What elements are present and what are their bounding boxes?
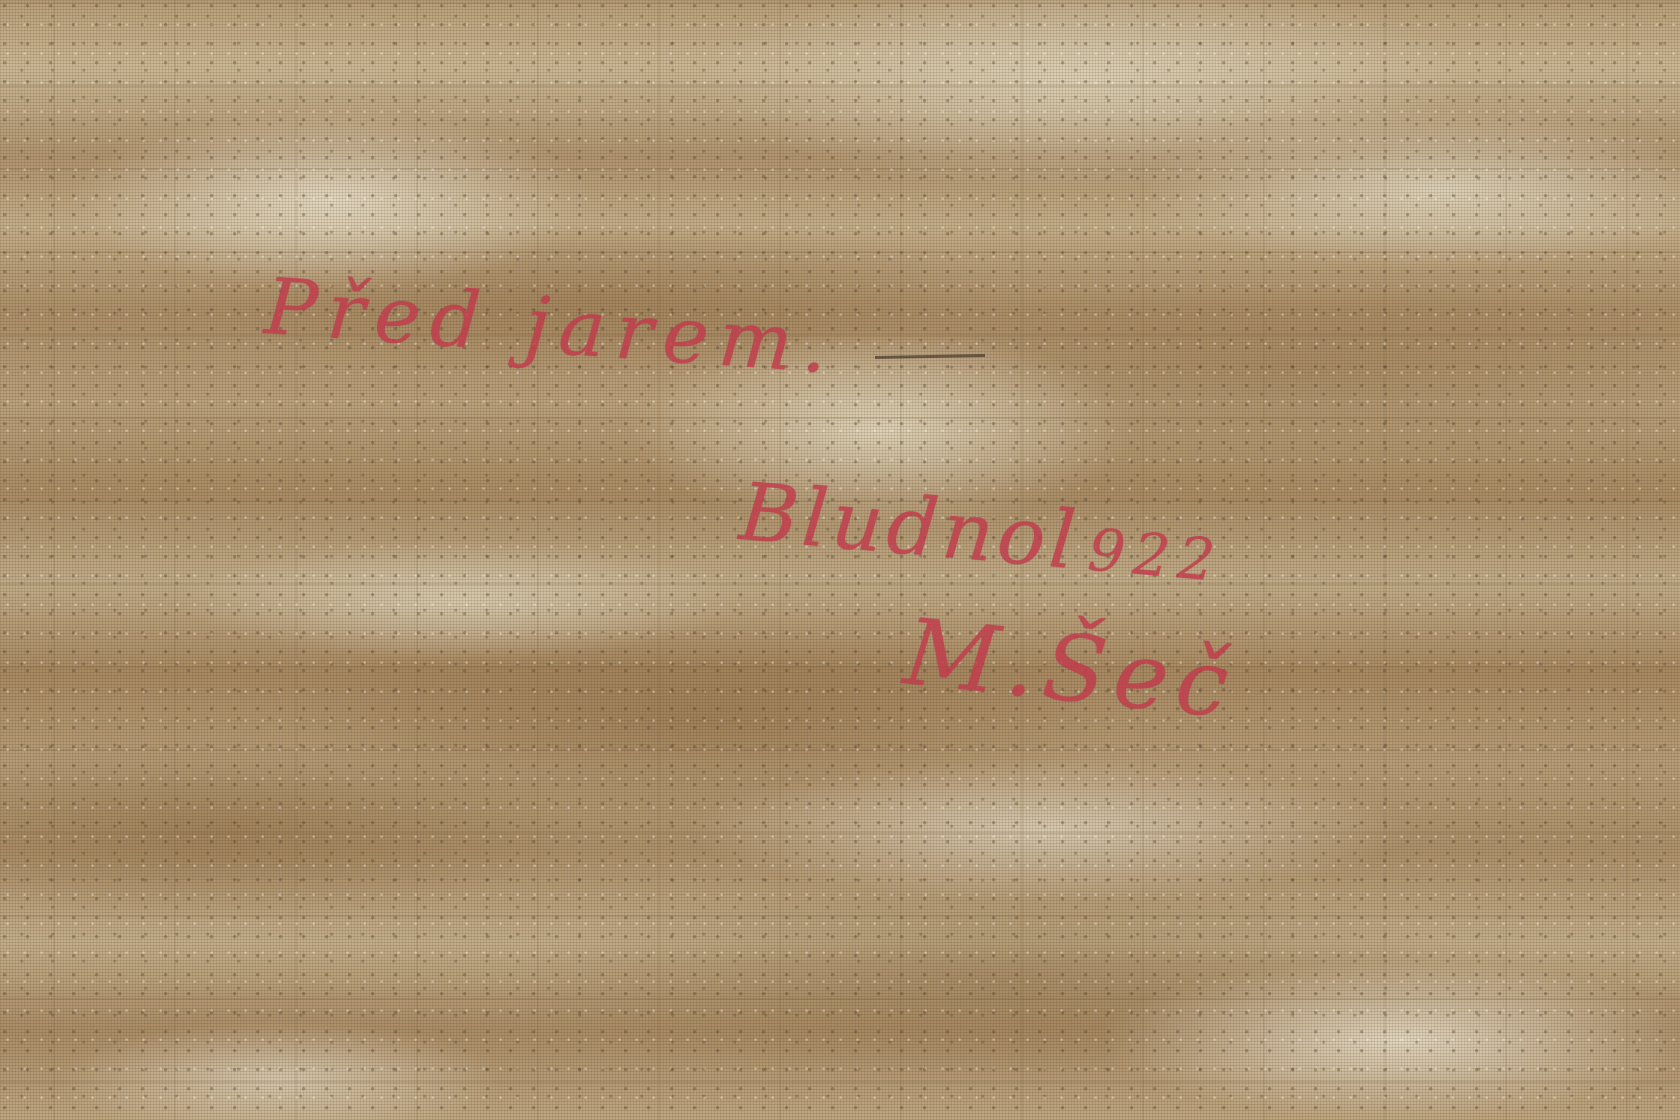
- canvas-mark: [875, 354, 985, 359]
- canvas-reverse-photo: Před jarem. Bludnol922 M.Šeč: [0, 0, 1680, 1120]
- inscription-place: Bludnol: [736, 465, 1083, 587]
- inscription-year: 922: [1085, 516, 1225, 595]
- inscription-place-date: Bludnol922: [736, 465, 1227, 600]
- inscription-title: Před jarem.: [262, 262, 840, 392]
- inscription-initials: M.Šeč: [899, 598, 1241, 739]
